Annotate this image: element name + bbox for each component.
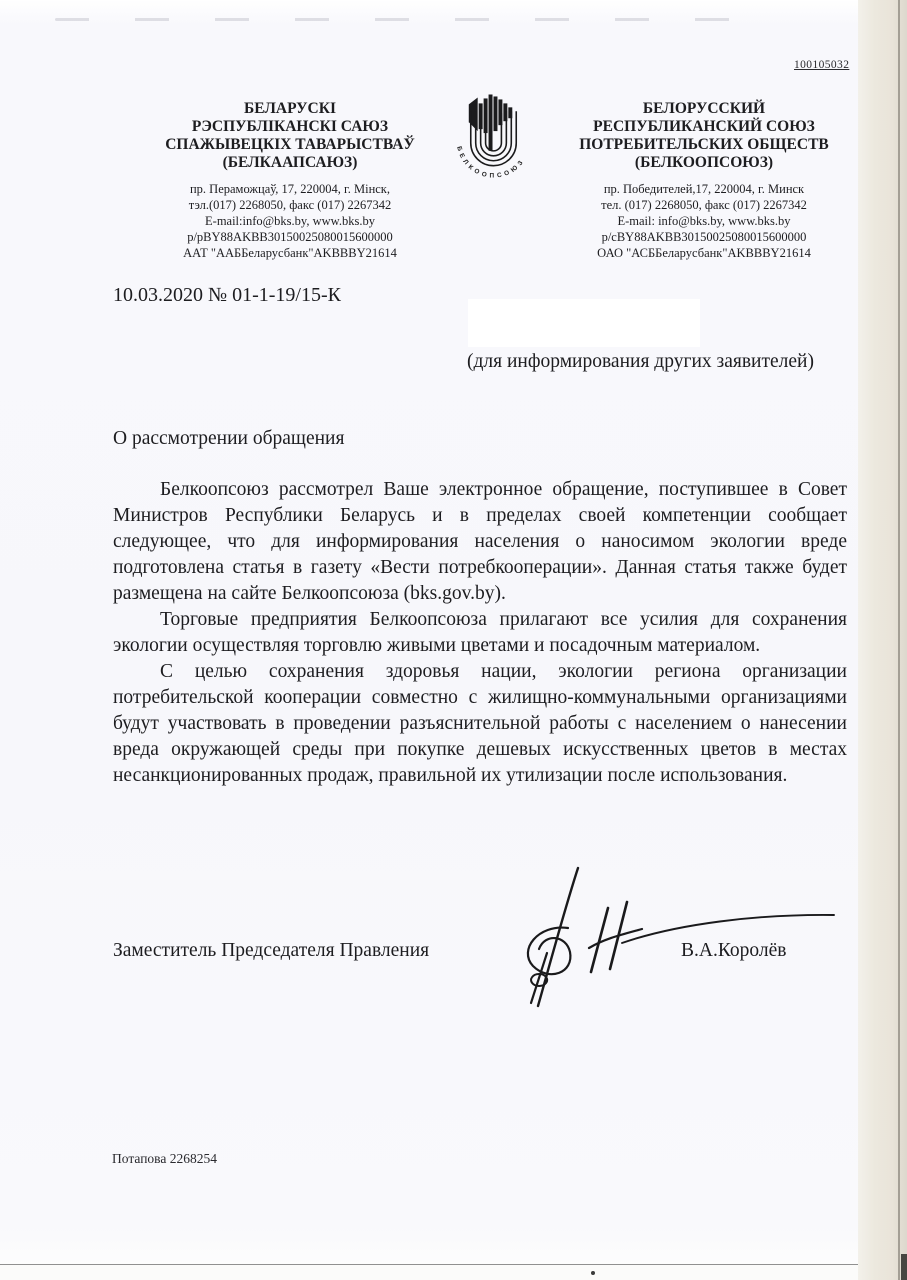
date-and-reference-number: 10.03.2020 № 01-1-19/15-К [113,284,341,307]
scan-edge-dark-mark [901,1254,907,1280]
org-name-line: БЕЛАРУСКІ [127,100,453,118]
address-line: р/рBY88AKBB30150025080015600000 [127,229,453,245]
scan-streak-artifact [55,18,745,21]
address-line: р/сBY88AKBB30150025080015600000 [542,229,866,245]
signer-position: Заместитель Председателя Правления [113,940,429,962]
serial-number: 100105032 [794,59,849,71]
body-paragraph: С целью сохранения здоровья нации, эколо… [113,659,847,789]
address-line: E-mail:info@bks.by, www.bks.by [127,213,453,229]
address-line: E-mail: info@bks.by, www.bks.by [542,213,866,229]
letter-body: Белкоопсоюз рассмотрел Ваше электронное … [113,477,847,789]
belkoopsoyuz-logo-icon: БЕЛКООПСОЮЗ [449,91,538,186]
org-address-block: пр. Пераможцаў, 17, 220004, г. Мінск, тэ… [127,181,453,261]
scanned-letter: 100105032 БЕЛАРУСКІ РЭСПУБЛІКАНСКІ САЮЗ … [0,0,907,1280]
org-address-block: пр. Победителей,17, 220004, г. Минск тел… [542,181,866,261]
org-name-line: (БЕЛКООПСОЮЗ) [542,154,866,172]
subject-line: О рассмотрении обращения [113,428,344,450]
signer-name: В.А.Королёв [681,940,786,962]
address-line: пр. Победителей,17, 220004, г. Минск [542,181,866,197]
org-name-line: ПОТРЕБИТЕЛЬСКИХ ОБЩЕСТВ [542,136,866,154]
org-name-line: РЭСПУБЛІКАНСКІ САЮЗ [127,118,453,136]
redaction-box [468,299,700,347]
body-paragraph: Торговые предприятия Белкоопсоюза прилаг… [113,607,847,659]
executor-contact: Потапова 2268254 [112,1151,217,1167]
scan-speck [591,1271,595,1275]
address-line: ААТ "ААББеларусбанк"AKBBBY21614 [127,245,453,261]
body-paragraph: Белкоопсоюз рассмотрел Ваше электронное … [113,477,847,607]
org-name-line: (БЕЛКААПСАЮЗ) [127,154,453,172]
letterhead-belarusian: БЕЛАРУСКІ РЭСПУБЛІКАНСКІ САЮЗ СПАЖЫВЕЦКІ… [127,100,453,261]
org-name-line: БЕЛОРУССКИЙ [542,100,866,118]
org-name-line: СПАЖЫВЕЦКІХ ТАВАРЫСТВАЎ [127,136,453,154]
scan-edge-line [898,0,900,1280]
org-name-line: РЕСПУБЛИКАНСКИЙ СОЮЗ [542,118,866,136]
address-line: пр. Пераможцаў, 17, 220004, г. Мінск, [127,181,453,197]
address-line: ОАО "АСББеларусбанк"AKBBBY21614 [542,245,866,261]
letterhead-russian: БЕЛОРУССКИЙ РЕСПУБЛИКАНСКИЙ СОЮЗ ПОТРЕБИ… [542,100,866,261]
address-line: тэл.(017) 2268050, факс (017) 2267342 [127,197,453,213]
addressee-note: (для информирования других заявителей) [467,349,819,375]
page-bottom-edge [0,1264,858,1280]
address-line: тел. (017) 2268050, факс (017) 2267342 [542,197,866,213]
handwritten-signature-icon [462,856,837,1008]
